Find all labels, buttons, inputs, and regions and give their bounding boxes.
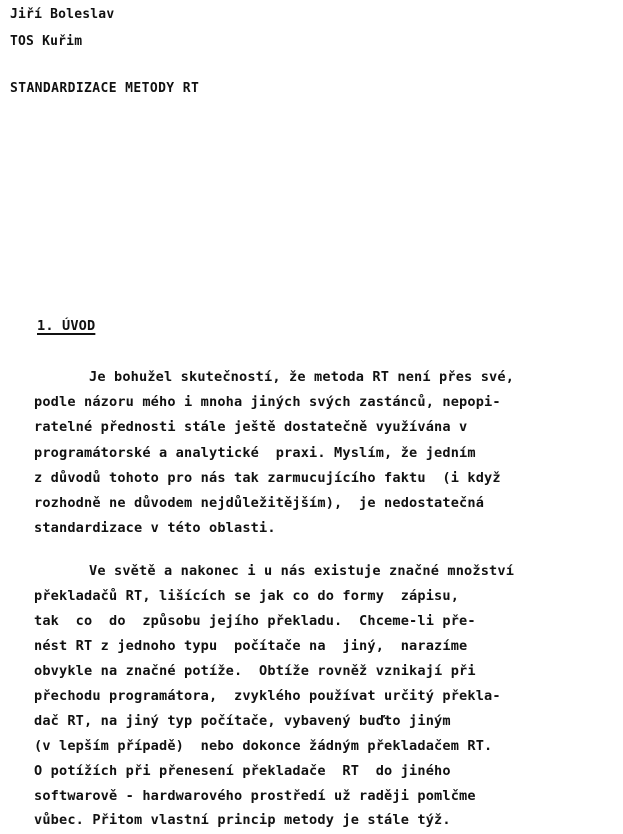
paragraph-line: tak co do způsobu jejího překladu. Chcem… bbox=[34, 615, 476, 629]
section-heading: 1. ÚVOD bbox=[37, 320, 95, 334]
document-page: Jiří Boleslav TOS Kuřim STANDARDIZACE ME… bbox=[0, 0, 623, 834]
paragraph-line: rozhodně ne důvodem nejdůležitějším), je… bbox=[34, 497, 484, 511]
paragraph-line: Ve světě a nakonec i u nás existuje znač… bbox=[89, 565, 514, 579]
paragraph-line: vůbec. Přitom vlastní princip metody je … bbox=[34, 814, 451, 828]
paragraph-line: O potížích při přenesení překladače RT d… bbox=[34, 765, 451, 779]
paragraph-line: Je bohužel skutečností, že metoda RT nen… bbox=[89, 371, 514, 385]
paragraph-line: programátorské a analytické praxi. Myslí… bbox=[34, 447, 476, 461]
paragraph-line: z důvodů tohoto pro nás tak zarmucujícíh… bbox=[34, 472, 501, 486]
paragraph-line: překladačů RT, lišících se jak co do for… bbox=[34, 590, 459, 604]
paragraph-line: ratelné přednosti stále ještě dostatečně… bbox=[34, 421, 467, 435]
paragraph-line: (v lepším případě) nebo dokonce žádným p… bbox=[34, 740, 492, 754]
paragraph-line: nést RT z jednoho typu počítače na jiný,… bbox=[34, 640, 467, 654]
paragraph-line: softwarově - hardwarového prostředí už r… bbox=[34, 790, 476, 804]
paragraph-line: dač RT, na jiný typ počítače, vybavený b… bbox=[34, 715, 451, 729]
author-name: Jiří Boleslav bbox=[10, 8, 114, 21]
paragraph-line: podle názoru mého i mnoha jiných svých z… bbox=[34, 396, 501, 410]
paragraph-line: obvykle na značné potíže. Obtíže rovněž … bbox=[34, 665, 476, 679]
author-affiliation: TOS Kuřim bbox=[10, 35, 82, 48]
paragraph-line: přechodu programátora, zvyklého používat… bbox=[34, 690, 501, 704]
document-title: STANDARDIZACE METODY RT bbox=[10, 82, 199, 95]
paragraph-line: standardizace v této oblasti. bbox=[34, 522, 276, 536]
